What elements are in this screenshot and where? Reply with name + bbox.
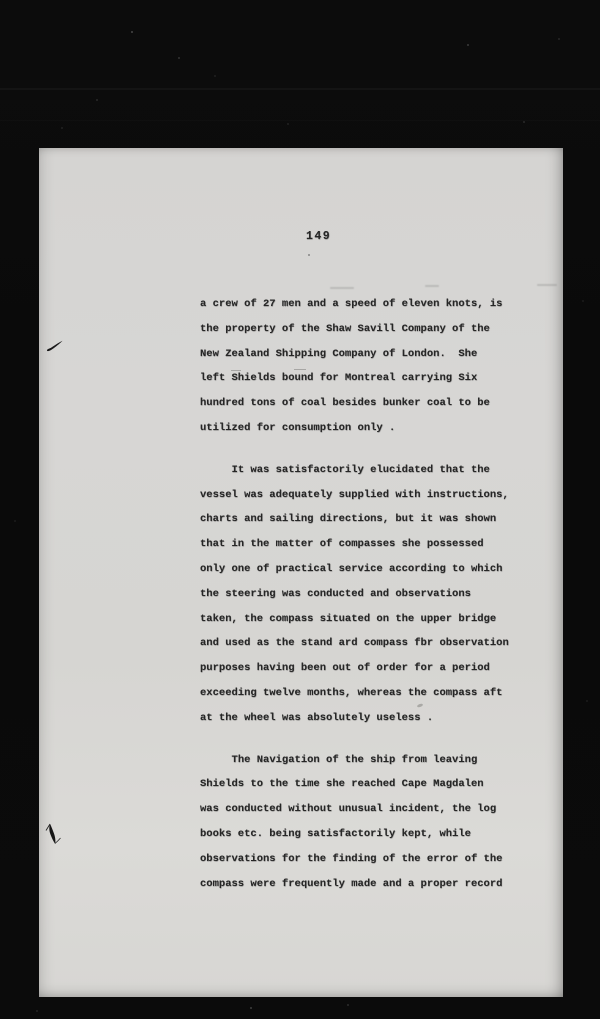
paragraph: a crew of 27 men and a speed of eleven k…: [200, 292, 540, 441]
scanned-document-frame: 149 a crew of 27 men and a speed of elev…: [0, 0, 600, 1019]
pen-check-mark: [45, 823, 62, 850]
scan-seam-artifact: [0, 88, 600, 90]
scan-seam-artifact: [0, 120, 600, 121]
document-page: 149 a crew of 27 men and a speed of elev…: [39, 148, 563, 997]
ink-dot-artifact: [308, 254, 310, 256]
dust-specks: [0, 0, 2, 2]
ghost-impression-artifact: [330, 287, 354, 289]
ghost-impression-artifact: [537, 284, 557, 286]
paragraph: It was satisfactorily elucidated that th…: [200, 458, 540, 731]
pen-check-mark: [46, 340, 64, 353]
ghost-impression-artifact: [425, 285, 439, 287]
page-number: 149: [306, 230, 331, 243]
paragraph: The Navigation of the ship from leaving …: [200, 748, 540, 897]
typewritten-text-block: a crew of 27 men and a speed of eleven k…: [200, 292, 540, 896]
